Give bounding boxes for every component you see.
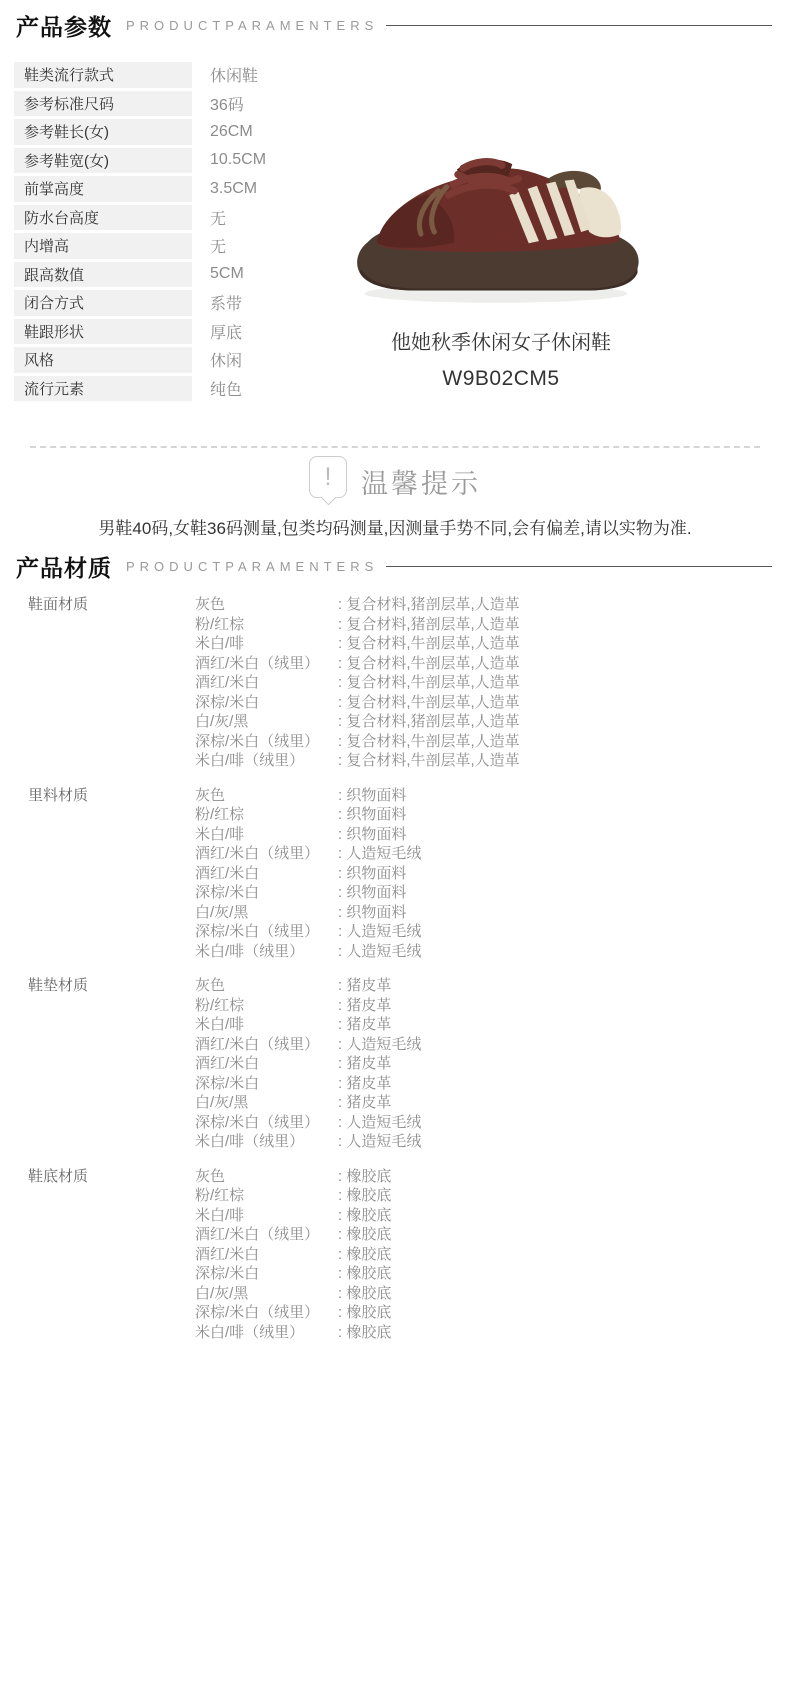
material-color-name: 白/灰/黑 [195,1093,338,1113]
material-row: 灰色: 橡胶底 [195,1167,762,1187]
material-row: 粉/红棕: 复合材料,猪剖层革,人造革 [195,615,762,635]
material-row: 粉/红棕: 织物面料 [195,805,762,825]
material-row: 白/灰/黑: 橡胶底 [195,1284,762,1304]
header-rule [386,566,772,567]
material-row: 深棕/米白（绒里）: 人造短毛绒 [195,1113,762,1133]
param-value: 纯色 [210,377,242,400]
param-value: 26CM [210,123,253,141]
material-row: 粉/红棕: 橡胶底 [195,1186,762,1206]
material-row: 灰色: 复合材料,猪剖层革,人造革 [195,595,762,615]
material-color-name: 深棕/米白（绒里） [195,922,338,942]
material-value: : 橡胶底 [338,1186,762,1206]
params-subtitle: PRODUCTPARAMENTERS [126,18,378,33]
material-row: 深棕/米白: 猪皮革 [195,1074,762,1094]
material-value: : 人造短毛绒 [338,942,762,962]
material-color-name: 深棕/米白 [195,693,338,713]
material-row: 灰色: 猪皮革 [195,976,762,996]
param-label: 参考鞋长(女) [14,119,192,145]
materials-section-header: 产品材质 PRODUCTPARAMENTERS [0,549,790,583]
param-value: 10.5CM [210,151,266,169]
material-rows: 灰色: 橡胶底粉/红棕: 橡胶底米白/啡: 橡胶底酒红/米白（绒里）: 橡胶底酒… [195,1167,762,1343]
param-value: 休闲 [210,348,242,371]
material-row: 酒红/米白: 橡胶底 [195,1245,762,1265]
param-label: 闭合方式 [14,290,192,316]
materials-title: 产品材质 [16,550,112,583]
tips-header: ! 温馨提示 [0,456,790,508]
material-color-name: 灰色 [195,595,338,615]
material-row: 酒红/米白（绒里）: 复合材料,牛剖层革,人造革 [195,654,762,674]
material-row: 酒红/米白: 猪皮革 [195,1054,762,1074]
material-value: : 复合材料,牛剖层革,人造革 [338,751,762,771]
material-value: : 人造短毛绒 [338,1035,762,1055]
material-value: : 橡胶底 [338,1303,762,1323]
material-value: : 复合材料,牛剖层革,人造革 [338,693,762,713]
material-value: : 猪皮革 [338,1054,762,1074]
params-title: 产品参数 [16,9,112,42]
material-row: 灰色: 织物面料 [195,786,762,806]
material-row: 酒红/米白: 复合材料,牛剖层革,人造革 [195,673,762,693]
param-row: 鞋类流行款式休闲鞋 [14,62,776,88]
material-value: : 猪皮革 [338,996,762,1016]
material-row: 米白/啡（绒里）: 橡胶底 [195,1323,762,1343]
material-color-name: 深棕/米白（绒里） [195,1303,338,1323]
material-value: : 织物面料 [338,864,762,884]
material-color-name: 白/灰/黑 [195,1284,338,1304]
material-color-name: 粉/红棕 [195,615,338,635]
material-group-label: 鞋面材质 [28,595,195,771]
material-group-label: 里料材质 [28,786,195,962]
param-value: 无 [210,206,226,229]
material-value: : 复合材料,猪剖层革,人造革 [338,595,762,615]
material-row: 米白/啡: 猪皮革 [195,1015,762,1035]
param-value: 无 [210,234,226,257]
material-value: : 人造短毛绒 [338,1132,762,1152]
material-value: : 橡胶底 [338,1206,762,1226]
material-row: 深棕/米白（绒里）: 橡胶底 [195,1303,762,1323]
material-color-name: 米白/啡 [195,825,338,845]
tips-title: 温馨提示 [361,456,481,501]
product-image [336,117,666,312]
material-color-name: 粉/红棕 [195,996,338,1016]
material-row: 米白/啡（绒里）: 人造短毛绒 [195,1132,762,1152]
material-row: 白/灰/黑: 织物面料 [195,903,762,923]
material-color-name: 米白/啡（绒里） [195,1132,338,1152]
shoe-illustration [336,117,666,312]
material-color-name: 米白/啡（绒里） [195,942,338,962]
dashed-divider [30,446,760,448]
material-value: : 人造短毛绒 [338,844,762,864]
material-rows: 灰色: 织物面料粉/红棕: 织物面料米白/啡: 织物面料酒红/米白（绒里）: 人… [195,786,762,962]
product-name: 他她秋季休闲女子休闲鞋 [336,326,666,355]
material-value: : 复合材料,牛剖层革,人造革 [338,654,762,674]
material-color-name: 粉/红棕 [195,1186,338,1206]
param-label: 风格 [14,347,192,373]
material-group-label: 鞋垫材质 [28,976,195,1152]
material-row: 酒红/米白: 织物面料 [195,864,762,884]
param-value: 厚底 [210,320,242,343]
material-value: : 橡胶底 [338,1225,762,1245]
material-value: : 橡胶底 [338,1264,762,1284]
material-color-name: 酒红/米白 [195,673,338,693]
material-row: 粉/红棕: 猪皮革 [195,996,762,1016]
material-color-name: 米白/啡 [195,634,338,654]
material-row: 酒红/米白（绒里）: 人造短毛绒 [195,844,762,864]
material-color-name: 酒红/米白（绒里） [195,844,338,864]
material-row: 白/灰/黑: 猪皮革 [195,1093,762,1113]
material-row: 米白/啡: 织物面料 [195,825,762,845]
material-color-name: 酒红/米白 [195,1054,338,1074]
material-rows: 灰色: 猪皮革粉/红棕: 猪皮革米白/啡: 猪皮革酒红/米白（绒里）: 人造短毛… [195,976,762,1152]
param-label: 防水台高度 [14,205,192,231]
params-section-header: 产品参数 PRODUCTPARAMENTERS [0,0,790,42]
material-value: : 猪皮革 [338,1015,762,1035]
material-value: : 复合材料,猪剖层革,人造革 [338,712,762,732]
material-value: : 复合材料,牛剖层革,人造革 [338,732,762,752]
param-row: 参考标准尺码36码 [14,91,776,117]
exclamation-bubble-icon: ! [309,456,347,498]
material-row: 深棕/米白: 复合材料,牛剖层革,人造革 [195,693,762,713]
material-color-name: 酒红/米白（绒里） [195,1035,338,1055]
material-row: 米白/啡: 橡胶底 [195,1206,762,1226]
material-value: : 猪皮革 [338,1074,762,1094]
param-value: 3.5CM [210,180,257,198]
material-color-name: 深棕/米白 [195,1264,338,1284]
material-color-name: 粉/红棕 [195,805,338,825]
param-label: 鞋跟形状 [14,319,192,345]
material-color-name: 酒红/米白（绒里） [195,1225,338,1245]
material-value: : 复合材料,猪剖层革,人造革 [338,615,762,635]
material-row: 深棕/米白（绒里）: 复合材料,牛剖层革,人造革 [195,732,762,752]
material-value: : 复合材料,牛剖层革,人造革 [338,673,762,693]
material-value: : 人造短毛绒 [338,1113,762,1133]
material-color-name: 米白/啡（绒里） [195,1323,338,1343]
material-color-name: 深棕/米白 [195,1074,338,1094]
material-color-name: 米白/啡 [195,1206,338,1226]
product-visual: 他她秋季休闲女子休闲鞋 W9B02CM5 [336,117,666,391]
material-row: 深棕/米白: 织物面料 [195,883,762,903]
material-color-name: 白/灰/黑 [195,712,338,732]
material-row: 酒红/米白（绒里）: 橡胶底 [195,1225,762,1245]
material-row: 米白/啡（绒里）: 人造短毛绒 [195,942,762,962]
param-value: 36码 [210,92,244,115]
material-color-name: 深棕/米白 [195,883,338,903]
material-group-label: 鞋底材质 [28,1167,195,1343]
material-color-name: 酒红/米白（绒里） [195,654,338,674]
material-row: 米白/啡（绒里）: 复合材料,牛剖层革,人造革 [195,751,762,771]
material-color-name: 酒红/米白 [195,864,338,884]
params-section: 鞋类流行款式休闲鞋参考标准尺码36码参考鞋长(女)26CM参考鞋宽(女)10.5… [0,62,790,410]
material-value: : 猪皮革 [338,1093,762,1113]
material-group: 鞋面材质灰色: 复合材料,猪剖层革,人造革粉/红棕: 复合材料,猪剖层革,人造革… [28,595,762,771]
material-group: 里料材质灰色: 织物面料粉/红棕: 织物面料米白/啡: 织物面料酒红/米白（绒里… [28,786,762,962]
param-value: 5CM [210,265,244,283]
material-color-name: 白/灰/黑 [195,903,338,923]
param-label: 前掌高度 [14,176,192,202]
material-group: 鞋底材质灰色: 橡胶底粉/红棕: 橡胶底米白/啡: 橡胶底酒红/米白（绒里）: … [28,1167,762,1343]
material-row: 米白/啡: 复合材料,牛剖层革,人造革 [195,634,762,654]
param-label: 参考标准尺码 [14,91,192,117]
materials-subtitle: PRODUCTPARAMENTERS [126,559,378,574]
material-row: 深棕/米白: 橡胶底 [195,1264,762,1284]
param-label: 流行元素 [14,376,192,402]
material-row: 酒红/米白（绒里）: 人造短毛绒 [195,1035,762,1055]
product-code: W9B02CM5 [336,367,666,391]
param-label: 内增高 [14,233,192,259]
material-color-name: 灰色 [195,1167,338,1187]
material-value: : 猪皮革 [338,976,762,996]
material-row: 白/灰/黑: 复合材料,猪剖层革,人造革 [195,712,762,732]
tips-text: 男鞋40码,女鞋36码测量,包类均码测量,因测量手势不同,会有偏差,请以实物为准… [0,514,790,539]
material-color-name: 深棕/米白（绒里） [195,732,338,752]
material-value: : 织物面料 [338,805,762,825]
material-value: : 织物面料 [338,903,762,923]
material-color-name: 灰色 [195,786,338,806]
material-color-name: 深棕/米白（绒里） [195,1113,338,1133]
material-value: : 织物面料 [338,825,762,845]
material-value: : 橡胶底 [338,1284,762,1304]
material-color-name: 灰色 [195,976,338,996]
material-group: 鞋垫材质灰色: 猪皮革粉/红棕: 猪皮革米白/啡: 猪皮革酒红/米白（绒里）: … [28,976,762,1152]
param-label: 参考鞋宽(女) [14,148,192,174]
param-value: 系带 [210,291,242,314]
material-value: : 人造短毛绒 [338,922,762,942]
material-row: 深棕/米白（绒里）: 人造短毛绒 [195,922,762,942]
tips-block: ! 温馨提示 男鞋40码,女鞋36码测量,包类均码测量,因测量手势不同,会有偏差… [0,456,790,539]
material-value: : 复合材料,牛剖层革,人造革 [338,634,762,654]
materials-list: 鞋面材质灰色: 复合材料,猪剖层革,人造革粉/红棕: 复合材料,猪剖层革,人造革… [0,595,790,1342]
material-rows: 灰色: 复合材料,猪剖层革,人造革粉/红棕: 复合材料,猪剖层革,人造革米白/啡… [195,595,762,771]
param-label: 鞋类流行款式 [14,62,192,88]
material-color-name: 酒红/米白 [195,1245,338,1265]
material-value: : 橡胶底 [338,1245,762,1265]
material-color-name: 米白/啡（绒里） [195,751,338,771]
material-value: : 织物面料 [338,883,762,903]
material-value: : 橡胶底 [338,1323,762,1343]
param-label: 跟高数值 [14,262,192,288]
material-value: : 织物面料 [338,786,762,806]
param-value: 休闲鞋 [210,63,258,86]
material-color-name: 米白/啡 [195,1015,338,1035]
header-rule [386,25,772,26]
material-value: : 橡胶底 [338,1167,762,1187]
